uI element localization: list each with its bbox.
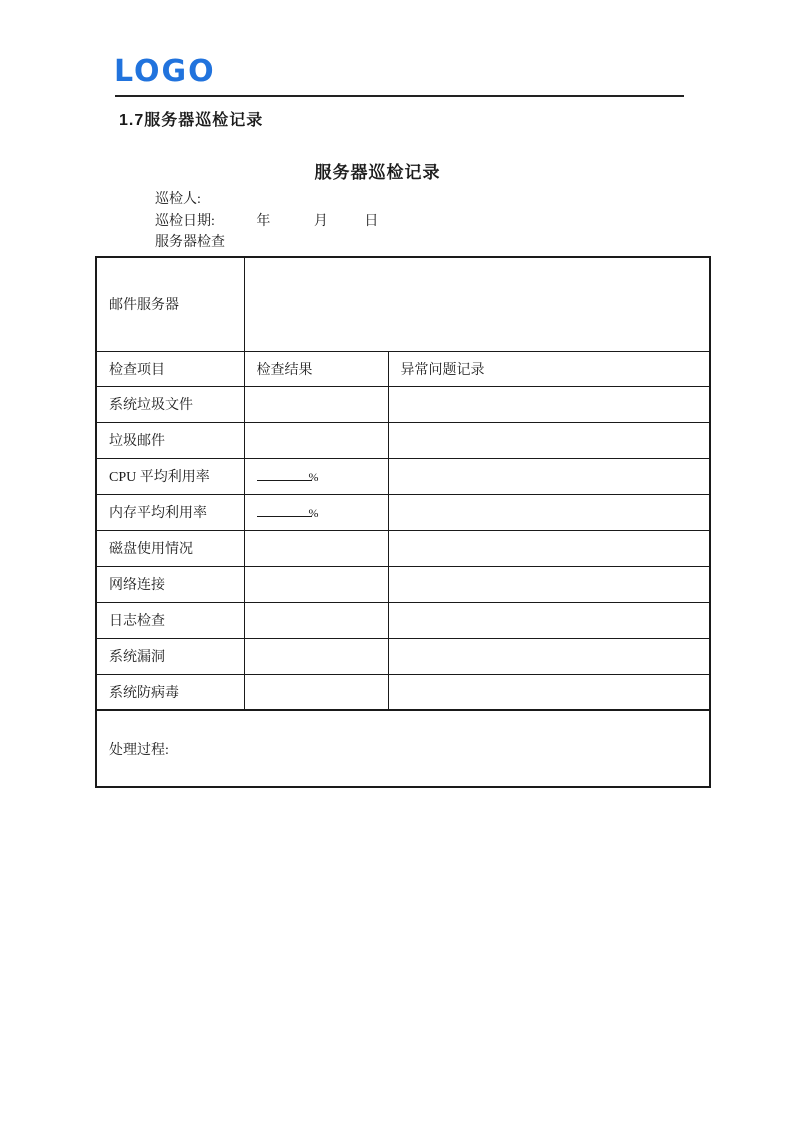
fill-in-blank[interactable] xyxy=(257,502,312,517)
issue-record-cell[interactable] xyxy=(388,494,710,530)
table-row: 日志检查 xyxy=(96,602,710,638)
day-label: 日 xyxy=(364,211,378,233)
issue-record-cell[interactable] xyxy=(388,458,710,494)
mail-server-label-cell: 邮件服务器 xyxy=(96,257,244,351)
check-item-label: 系统漏洞 xyxy=(96,638,244,674)
column-header-check-item: 检查项目 xyxy=(96,351,244,386)
server-check-line: 服务器检查 xyxy=(155,232,378,254)
table-header-row: 检查项目 检查结果 异常问题记录 xyxy=(96,351,710,386)
check-result-cell[interactable] xyxy=(244,386,388,422)
table-row: 内存平均利用率 % xyxy=(96,494,710,530)
issue-record-cell[interactable] xyxy=(388,422,710,458)
check-result-cell[interactable] xyxy=(244,566,388,602)
table-row: 磁盘使用情况 xyxy=(96,530,710,566)
server-check-label: 服务器检查 xyxy=(155,235,225,250)
month-label: 月 xyxy=(314,211,328,233)
table-row: 网络连接 xyxy=(96,566,710,602)
table-row: 系统防病毒 xyxy=(96,674,710,710)
table-row: 系统垃圾文件 xyxy=(96,386,710,422)
issue-record-cell[interactable] xyxy=(388,386,710,422)
inspector-label: 巡检人: xyxy=(155,192,201,207)
issue-record-cell[interactable] xyxy=(388,530,710,566)
section-heading: 1.7服务器巡检记录 xyxy=(119,107,263,130)
check-result-cell[interactable] xyxy=(244,530,388,566)
form-title: 服务器巡检记录 xyxy=(95,158,660,183)
table-row: CPU 平均利用率 % xyxy=(96,458,710,494)
header-divider xyxy=(115,95,684,97)
inspector-line: 巡检人: xyxy=(155,189,378,211)
inspection-table: 邮件服务器 检查项目 检查结果 异常问题记录 系统垃圾文件 垃圾邮件 CPU 平… xyxy=(95,256,711,788)
form-meta: 巡检人: 巡检日期: 年 月 日 服务器检查 xyxy=(155,189,378,254)
mail-server-value-cell[interactable] xyxy=(244,257,710,351)
check-item-label: 系统垃圾文件 xyxy=(96,386,244,422)
process-cell[interactable]: 处理过程: xyxy=(96,710,710,787)
table-row-process: 处理过程: xyxy=(96,710,710,787)
table-row: 系统漏洞 xyxy=(96,638,710,674)
check-result-cell[interactable] xyxy=(244,422,388,458)
check-result-cell[interactable] xyxy=(244,674,388,710)
percent-sign: % xyxy=(309,506,319,520)
issue-record-cell[interactable] xyxy=(388,638,710,674)
column-header-check-result: 检查结果 xyxy=(244,351,388,386)
issue-record-cell[interactable] xyxy=(388,566,710,602)
issue-record-cell[interactable] xyxy=(388,602,710,638)
company-logo: LOGO xyxy=(114,55,216,88)
check-item-label: 内存平均利用率 xyxy=(96,494,244,530)
year-label: 年 xyxy=(256,211,270,233)
process-label: 处理过程: xyxy=(109,743,169,758)
check-result-cell[interactable] xyxy=(244,602,388,638)
check-item-label: 日志检查 xyxy=(96,602,244,638)
column-header-issue-record: 异常问题记录 xyxy=(388,351,710,386)
date-line: 巡检日期: 年 月 日 xyxy=(155,211,378,233)
table-row: 垃圾邮件 xyxy=(96,422,710,458)
check-item-label: 系统防病毒 xyxy=(96,674,244,710)
fill-in-blank[interactable] xyxy=(257,466,312,481)
check-result-cell[interactable]: % xyxy=(244,458,388,494)
check-item-label: 磁盘使用情况 xyxy=(96,530,244,566)
check-result-cell[interactable]: % xyxy=(244,494,388,530)
check-item-label: CPU 平均利用率 xyxy=(96,458,244,494)
document-page: LOGO 1.7服务器巡检记录 服务器巡检记录 巡检人: 巡检日期: 年 月 日… xyxy=(0,0,800,1132)
check-item-label: 网络连接 xyxy=(96,566,244,602)
check-item-label: 垃圾邮件 xyxy=(96,422,244,458)
percent-sign: % xyxy=(309,470,319,484)
date-label: 巡检日期: xyxy=(155,214,215,229)
table-row-mail-server: 邮件服务器 xyxy=(96,257,710,351)
check-result-cell[interactable] xyxy=(244,638,388,674)
issue-record-cell[interactable] xyxy=(388,674,710,710)
